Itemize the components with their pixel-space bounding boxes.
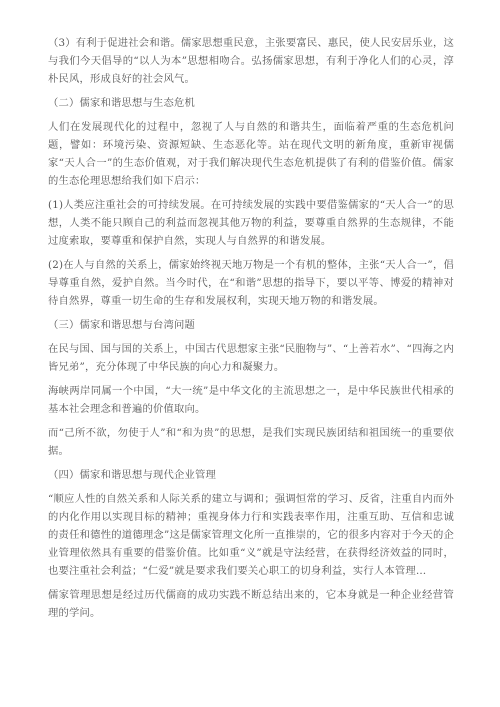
paragraph-ecology-intro: 人们在发展现代化的过程中，忽视了人与自然的和谐共生，面临着严重的生态危机问题，譬… [48, 118, 454, 190]
paragraph-taiwan-2: 海峡两岸同属一个中国，“大一统”是中华文化的主流思想之一，是中华民族世代相承的基… [48, 382, 454, 418]
paragraph-management-2: 儒家管理思想是经过历代儒商的成功实践不断总结出来的，它本身就是一种企业经营管理的… [48, 586, 454, 622]
paragraph-management-1: “顺应人性的自然关系和人际关系的建立与调和；强调恒常的学习、反省，注重自内而外的… [48, 490, 454, 580]
paragraph-ecology-point-1: (1)人类应注重社会的可持续发展。在可持续发展的实践中要借鉴儒家的“天人合一”的… [48, 196, 454, 250]
section-heading-ecology: （二）儒家和谐思想与生态危机 [48, 94, 454, 112]
paragraph-social-harmony: （3）有利于促进社会和谐。儒家思想重民意，主张要富民、惠民，使人民安居乐业，这与… [48, 34, 454, 88]
paragraph-taiwan-3: 而“己所不欲，勿使于人”和“和为贵”的思想，是我们实现民族团结和祖国统一的重要依… [48, 424, 454, 460]
section-heading-management: （四）儒家和谐思想与现代企业管理 [48, 466, 454, 484]
document-page: （3）有利于促进社会和谐。儒家思想重民意，主张要富民、惠民，使人民安居乐业，这与… [48, 34, 454, 628]
section-heading-taiwan: （三）儒家和谐思想与台湾问题 [48, 316, 454, 334]
paragraph-taiwan-1: 在民与国、国与国的关系上，中国古代思想家主张“民胞物与”、“上善若水”、“四海之… [48, 340, 454, 376]
paragraph-ecology-point-2: (2)在人与自然的关系上，儒家始终视天地万物是一个有机的整体，主张“天人合一”，… [48, 256, 454, 310]
